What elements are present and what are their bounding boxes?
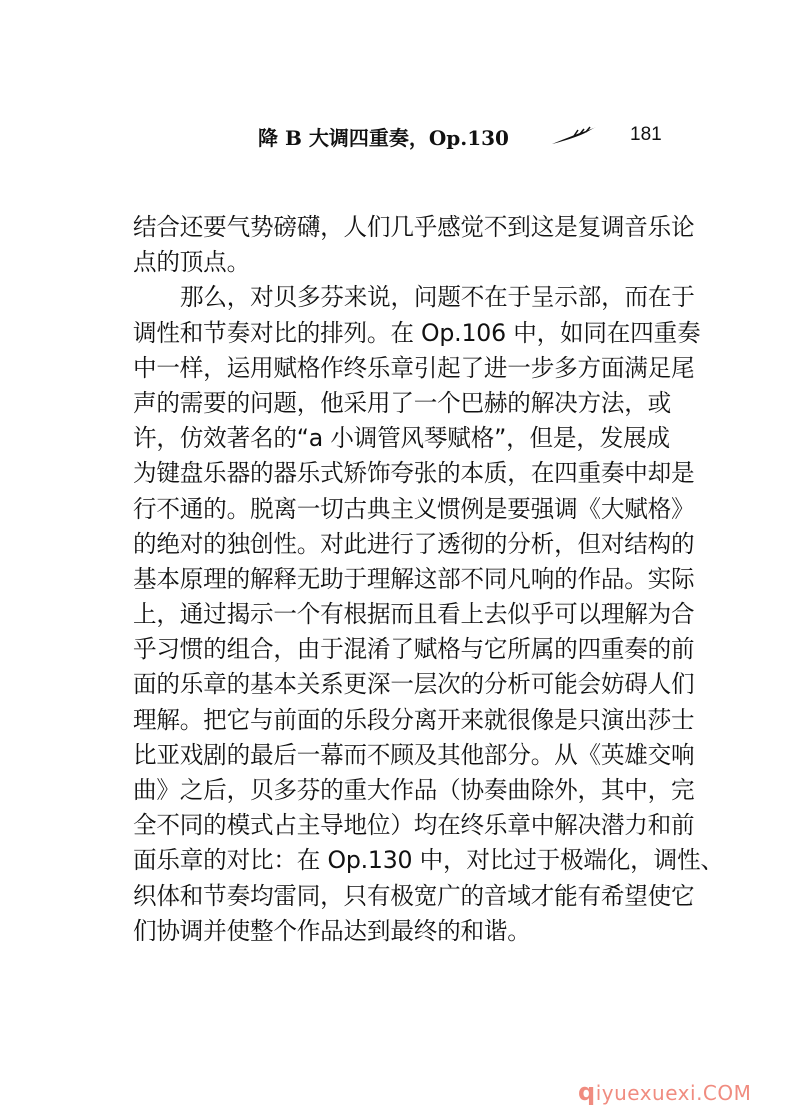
text-line: 们协调并使整个作品达到最终的和谐。 (133, 914, 693, 949)
text-line: 基本原理的解释无助于理解这部不同凡响的作品。实际 (133, 562, 693, 597)
text-line: 结合还要气势磅礴，人们几乎感觉不到这是复调音乐论 (133, 210, 693, 245)
watermark-text: iyuexuexi.COM (596, 1081, 752, 1105)
text-line: 全不同的模式占主导地位）均在终乐章中解决潜力和前 (133, 808, 693, 843)
watermark-logo-letter: q (578, 1078, 596, 1106)
text-line: 许，仿效著名的“a 小调管风琴赋格”，但是，发展成 (133, 421, 693, 456)
running-title: 降 B 大调四重奏，Op.130 (258, 122, 509, 151)
text-line: 面的乐章的基本关系更深一层次的分析可能会妨碍人们 (133, 667, 693, 702)
text-line: 乎习惯的组合，由于混淆了赋格与它所属的四重奏的前 (133, 632, 693, 667)
text-line: 行不通的。脱离一切古典主义惯例是要强调《大赋格》 (133, 492, 693, 527)
paragraph-start-line: 那么，对贝多芬来说，问题不在于呈示部，而在于 (133, 280, 693, 315)
text-line: 上，通过揭示一个有根据而且看上去似乎可以理解为合 (133, 597, 693, 632)
text-line: 曲》之后，贝多芬的重大作品（协奏曲除外，其中，完 (133, 773, 693, 808)
quill-feather-icon (550, 126, 598, 146)
text-line: 织体和节奏均雷同，只有极宽广的音域才能有希望使它 (133, 879, 693, 914)
text-line: 理解。把它与前面的乐段分离开来就很像是只演出莎士 (133, 703, 693, 738)
page-number: 181 (630, 124, 662, 146)
text-line: 点的顶点。 (133, 245, 693, 280)
text-line: 比亚戏剧的最后一幕而不顾及其他部分。从《英雄交响 (133, 738, 693, 773)
text-line: 面乐章的对比：在 Op.130 中，对比过于极端化，调性、 (133, 843, 693, 878)
running-header: 降 B 大调四重奏，Op.130 181 (258, 122, 678, 152)
text-line: 为键盘乐器的器乐式矫饰夸张的本质，在四重奏中却是 (133, 456, 693, 491)
text-line: 的绝对的独创性。对此进行了透彻的分析，但对结构的 (133, 527, 693, 562)
site-watermark: qiyuexuexi.COM (578, 1078, 751, 1106)
text-line: 调性和节奏对比的排列。在 Op.106 中，如同在四重奏 (133, 316, 693, 351)
text-line: 声的需要的问题，他采用了一个巴赫的解决方法，或 (133, 386, 693, 421)
text-line: 中一样，运用赋格作终乐章引起了进一步多方面满足尾 (133, 351, 693, 386)
body-text: 结合还要气势磅礴，人们几乎感觉不到这是复调音乐论 点的顶点。 那么，对贝多芬来说… (133, 210, 693, 949)
